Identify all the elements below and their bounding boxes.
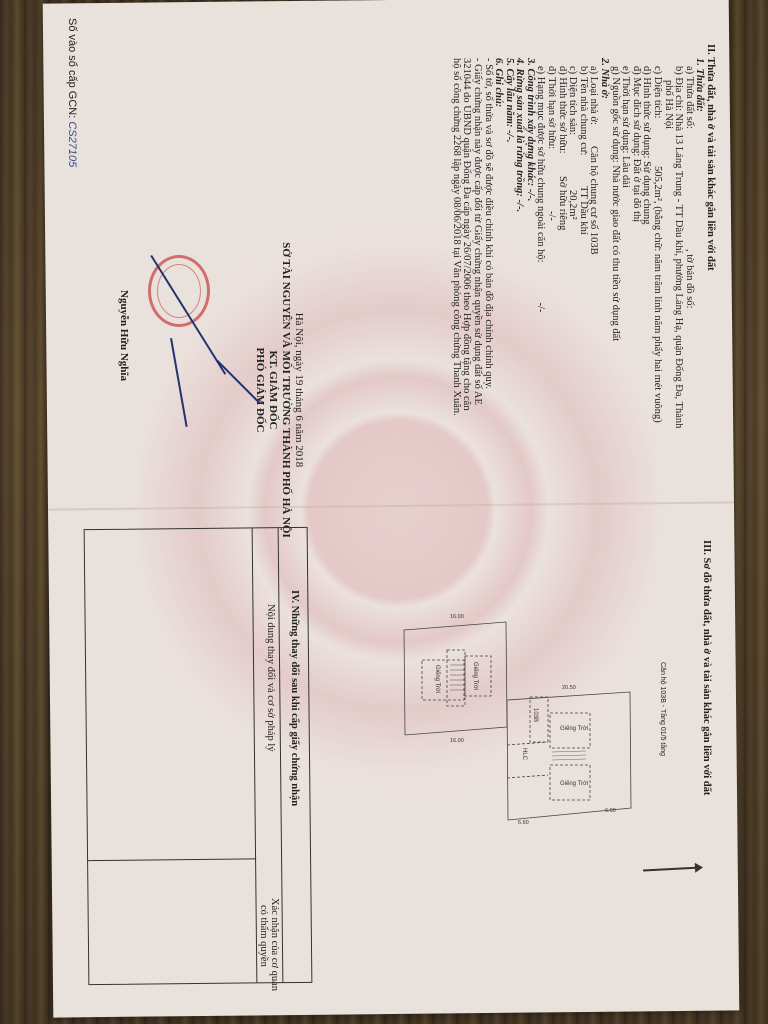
address-line-2: phố Hà Nội: [662, 44, 673, 504]
section-2-title: II. Thửa đất, nhà ở và tài sản khác gắn …: [704, 44, 715, 504]
role-line-1: KT. GIÁM ĐỐC: [266, 240, 279, 540]
ownership-term-label: đ) Thời hạn sở hữu:: [546, 66, 557, 211]
common-items-line: e) Hạng mục được sở hữu chung ngoài căn …: [535, 44, 546, 504]
area-line: c) Diện tích:505,2m², (bằng chữ: năm tră…: [651, 44, 662, 504]
purpose-label: đ) Mục đích sử dụng:: [631, 66, 642, 156]
note-line: 321044 do UBND quận Đống Đa cấp ngày 26/…: [461, 44, 472, 504]
skylight-label: Giếng Trời: [472, 662, 478, 690]
column-divider: [88, 858, 256, 861]
building-value: TT Dầu khí: [578, 186, 589, 235]
address-line-1: b) Địa chỉ: Nhà 13 Láng Trung - TT Dầu k…: [673, 44, 684, 504]
role-line-2: PHÓ GIÁM ĐỐC: [253, 240, 266, 540]
skylight-label: Giếng Trời: [560, 781, 588, 787]
use-form-label: d) Hình thức sử dụng:: [641, 66, 652, 158]
use-form-line: d) Hình thức sử dụng: Sử dụng chung: [641, 44, 652, 504]
use-form-value: Sử dụng chung: [641, 161, 652, 224]
purpose-value: Đất ở tại đô thị: [631, 159, 642, 222]
house-type-value: Căn hộ chung cư số 103B: [588, 146, 599, 255]
column-header-confirmation: Xác nhận của cơ quan: [269, 898, 280, 991]
registry-number: Số vào sổ cấp GCN: CS27105: [66, 18, 78, 167]
dim-label: 16.00: [450, 614, 464, 620]
origin-line: g) Nguồn gốc sử dụng: Nhà nước giao đất …: [609, 44, 620, 504]
note-line: - Số tờ, số thửa và sơ đồ sẽ được điều c…: [482, 44, 493, 504]
land-heading: 1. Thửa đất:: [694, 44, 705, 504]
house-heading: 2. Nhà ở:: [598, 44, 609, 504]
column-header-confirmation-2: có thẩm quyền: [258, 905, 269, 967]
ownership-term-value: -/-: [546, 211, 557, 221]
origin-label: g) Nguồn gốc sử dụng:: [610, 66, 621, 163]
signer-name: Nguyễn Hữu Nghĩa: [118, 290, 130, 381]
common-items-value: -/-: [536, 303, 547, 313]
other-works: 3. Công trình xây dựng khác: -/-.: [524, 44, 535, 504]
floor-plan-diagram: 16.00 16.00 20.50 6.60 6.60 Giếng Trời G…: [390, 590, 650, 840]
perennial: 5. Cây lâu năm: -/-.: [503, 44, 514, 504]
note-line: - Giấy chứng nhận này được cấp đổi từ Gi…: [471, 44, 482, 504]
term-value: Lâu dài: [620, 156, 631, 188]
ownership-value: Sở hữu riêng: [557, 176, 568, 230]
dim-label: 16.00: [450, 738, 464, 744]
section-4-title: IV. Những thay đổi sau khi cấp giấy chứn…: [289, 590, 300, 806]
signature-block: Hà Nội, ngày 19 tháng 6 năm 2018 SỞ TÀI …: [253, 240, 305, 540]
dim-label: 6.60: [605, 808, 616, 814]
section-2-land-house: II. Thửa đất, nhà ở và tài sản khác gắn …: [450, 44, 715, 504]
floor-area-value: 20,2m²: [567, 190, 578, 220]
column-header-changes: Nội dung thay đổi và cơ sở pháp lý: [265, 604, 276, 752]
map-sheet-label: , tờ bản đồ số:: [684, 249, 695, 309]
skylight-label: Giếng Trời: [560, 726, 588, 732]
area-label: c) Diện tích:: [651, 66, 662, 166]
ownership-term-line: đ) Thời hạn sở hữu:-/-: [546, 44, 557, 504]
note-line: hộ số công chứng 2268 lập ngày 08/06/201…: [450, 44, 461, 504]
parcel-label: a) Thửa đất số:: [684, 66, 695, 129]
floor-area-line: c) Diện tích sàn:20,2m²: [567, 44, 578, 504]
dim-label: 20.50: [562, 685, 576, 691]
house-type-line: a) Loại nhà ở:Căn hộ chung cư số 103B: [588, 44, 599, 504]
corridor-label: HLC: [521, 748, 527, 761]
term-label: e) Thời hạn sử dụng:: [620, 66, 631, 153]
registry-value: CS27105: [66, 121, 78, 167]
ownership-line: d) Hình thức sở hữu:Sở hữu riêng: [556, 44, 567, 504]
building-label: b) Tên nhà chung cư:: [577, 66, 588, 186]
unit-label: 103B: [532, 708, 538, 722]
ownership-label: d) Hình thức sở hữu:: [556, 66, 567, 176]
skylight-label: Giếng Trời: [434, 665, 440, 693]
floor-area-label: c) Diện tích sàn:: [567, 66, 578, 190]
parcel-line: a) Thửa đất số:, tờ bản đồ số:: [683, 44, 694, 504]
registry-label: Số vào sổ cấp GCN:: [66, 18, 78, 118]
date-line: Hà Nội, ngày 19 tháng 6 năm 2018: [292, 240, 305, 540]
notes-heading: 6. Ghi chú:: [493, 44, 504, 504]
building-line: b) Tên nhà chung cư:TT Dầu khí: [577, 44, 588, 504]
area-value: 505,2m², (bằng chữ: năm trăm linh năm ph…: [652, 166, 663, 423]
purpose-line: đ) Mục đích sử dụng: Đất ở tại đô thị: [630, 44, 641, 504]
forest: 4. Rừng sản xuất là rừng trồng: -/-.: [514, 44, 525, 504]
term-line: e) Thời hạn sử dụng: Lâu dài: [620, 44, 631, 504]
section-3-title: III. Sơ đồ thửa đất, nhà ở và tài sản kh…: [701, 540, 712, 795]
origin-value: Nhà nước giao đất có thu tiền sử dụng đấ…: [610, 165, 621, 341]
house-type-label: a) Loại nhà ở:: [588, 66, 599, 146]
common-items-label: e) Hạng mục được sở hữu chung ngoài căn …: [536, 66, 547, 263]
floor-label: Căn hộ 103B - Tầng 01/5 tầng: [659, 662, 666, 756]
dim-label: 6.60: [518, 820, 529, 826]
agency-name: SỞ TÀI NGUYÊN VÀ MÔI TRƯỜNG THÀNH PHỐ HÀ…: [279, 240, 292, 540]
